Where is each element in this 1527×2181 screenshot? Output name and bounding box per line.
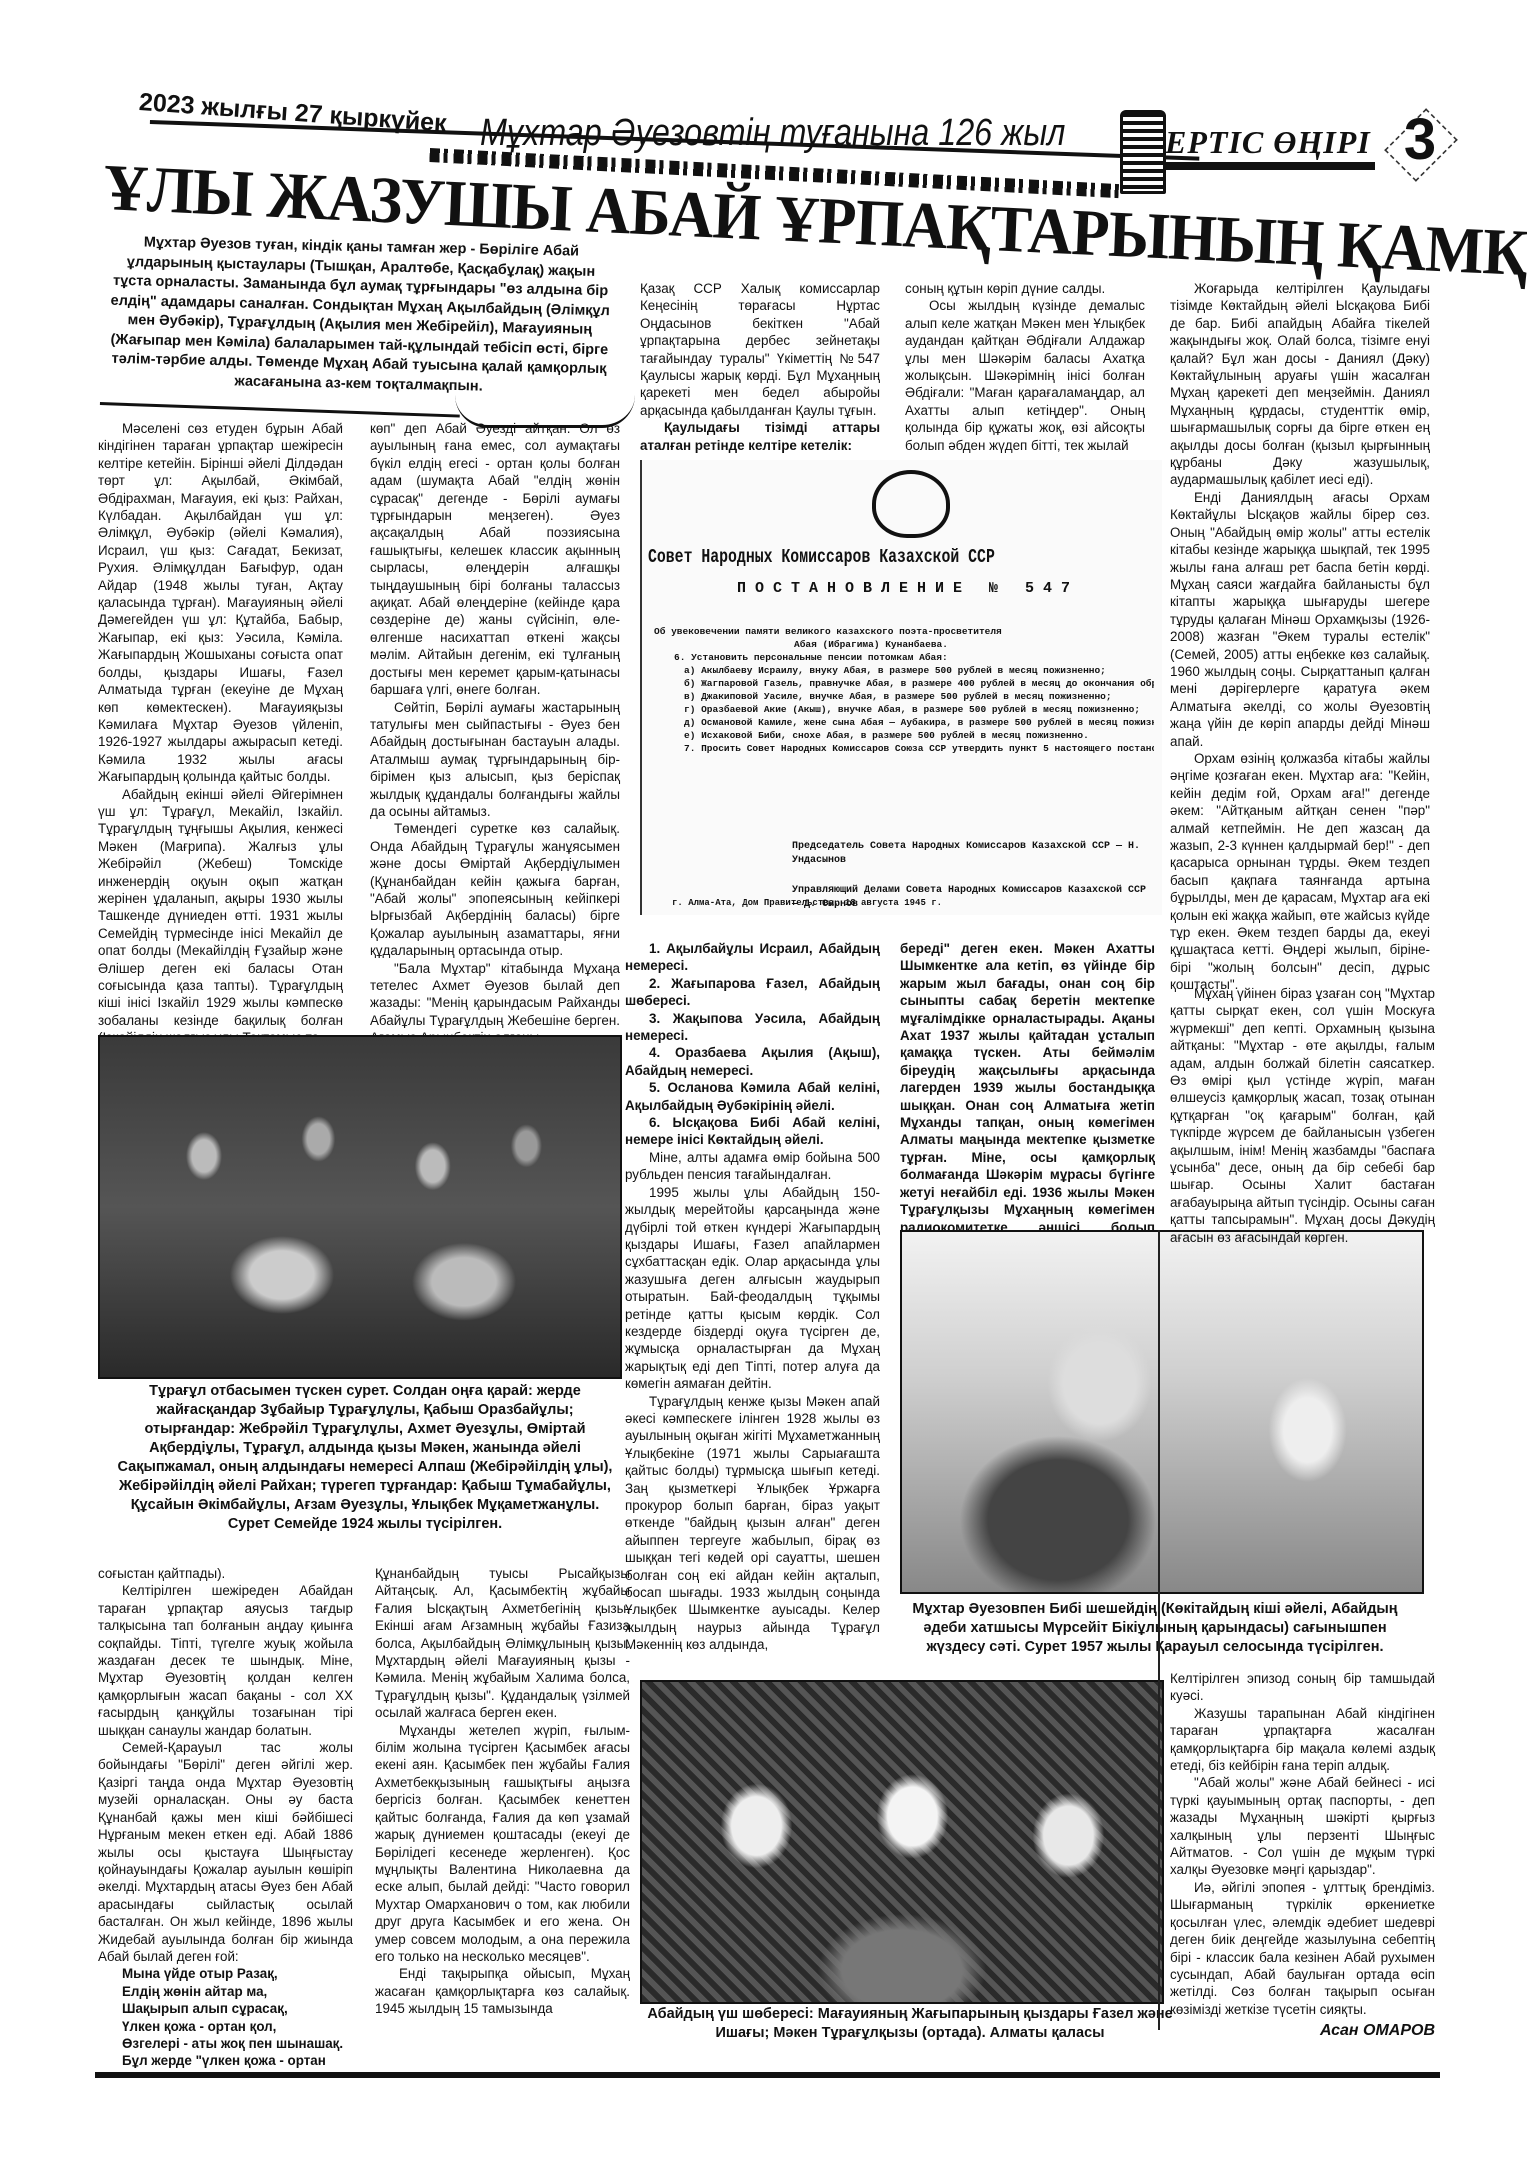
- column-c1: соның құтын көріп дүние салды. Осы жылды…: [905, 280, 1145, 454]
- decree-line: Об увековечении памяти великого казахско…: [654, 625, 1154, 638]
- verse-line: Өзгелері - аты жоқ пен шынашақ.: [98, 2035, 353, 2052]
- column-a4: Құнанбайдың туысы Рысайқызы Айтаңсық. Ал…: [375, 1565, 630, 2018]
- decree-line: Абая (Ибрагима) Кунанбаева.: [654, 638, 1154, 651]
- photo-caption: Тұрағұл отбасымен түскен сурет. Солдан о…: [115, 1382, 615, 1534]
- article-lead: Мұхтар Әуезов туған, кіндік қаны тамған …: [108, 233, 611, 399]
- paragraph: "Бала Мұхтар" кітабында Мұхаңа тетелес А…: [370, 960, 620, 1047]
- list-item: 4. Оразбаева Ақылия (Ақыш), Абайдың неме…: [625, 1044, 880, 1079]
- column-d3: Келтірілген эпизод соның бір тамшыдай ку…: [1170, 1670, 1435, 2040]
- signature-line: Председатель Совета Народных Комиссаров …: [792, 840, 1152, 868]
- photo-caption: Мұхтар Әуезовпен Бибі шешейдің (Көкітайд…: [905, 1600, 1405, 1657]
- decree-title: Совет Народных Комиссаров Казахской ССР: [648, 546, 1046, 568]
- author-signature: Асан ОМАРОВ: [1170, 2022, 1435, 2039]
- column-a2: көп" деп Абай Әуезді айтқан. Ол өз ауылы…: [370, 420, 620, 1047]
- verse-line: Елдің жөнін айтар ма,: [98, 1983, 353, 2000]
- paragraph: Жоғарыда келтірілген Қаулыдағы тізімде К…: [1170, 280, 1430, 489]
- decree-subtitle: ПОСТАНОВЛЕНИЕ № 547: [737, 580, 1079, 597]
- paragraph: Жазушы тарапынан Абай кіндігінен тараған…: [1170, 1705, 1435, 1775]
- list-item: 6. Ысқақова Бибі Абай келіні, немере іні…: [625, 1114, 880, 1149]
- verse-line: Бұл жерде "үлкен қожа - ортан: [98, 2052, 353, 2069]
- decree-line: д) Османовой Камиле, жене сына Абая — Ау…: [654, 716, 1154, 729]
- state-emblem-icon: [872, 470, 950, 538]
- logo-underline: [1165, 162, 1375, 170]
- verse-line: Шақырып алып сұрасақ,: [98, 2000, 353, 2017]
- page-number-badge: 3: [1385, 100, 1455, 190]
- decree-body: Об увековечении памяти великого казахско…: [654, 625, 1154, 755]
- paragraph: Мұхаң үйінен біраз ұзаған соң "Мұхтар қа…: [1170, 985, 1435, 1246]
- decree-line: б) Жагпаровой Газель, правнучке Абая, в …: [654, 677, 1154, 690]
- decree-line: 7. Просить Совет Народных Комиссаров Сою…: [654, 742, 1154, 755]
- photo-family: [98, 1035, 622, 1379]
- list-item: 1. Ақылбайұлы Исраил, Абайдың немересі.: [625, 940, 880, 975]
- column-b2: 1. Ақылбайұлы Исраил, Абайдың немересі. …: [625, 940, 880, 1654]
- decree-line: а) Акылбаеву Исраилу, внуку Абая, в разм…: [654, 664, 1154, 677]
- column-b1: Қазақ ССР Халық комиссарлар Кеңесінің тө…: [640, 280, 880, 454]
- list-item: 2. Жағыпарова Ғазел, Абайдың шөбересі.: [625, 975, 880, 1010]
- newspaper-name: ЕРТІС ӨҢІРІ: [1165, 124, 1371, 161]
- paragraph: Осы жылдың күзінде демалыс алып келе жат…: [905, 297, 1145, 454]
- paragraph: Сөйтіп, Бөрілі аумағы жастарының татулығ…: [370, 699, 620, 821]
- paragraph: Орхам өзінің қолжазба кітабы жайлы әңгім…: [1170, 750, 1430, 994]
- photo-auezov-bibi: [900, 1230, 1424, 1594]
- photo-image: [642, 1682, 1162, 2002]
- paragraph: Құнанбайдың туысы Рысайқызы Айтаңсық. Ал…: [375, 1565, 630, 1722]
- paragraph: Міне, алты адамға өмір бойына 500 рубльд…: [625, 1149, 880, 1184]
- column-divider: [1158, 1230, 1160, 2030]
- anniversary-banner: Мұхтар Әуезовтің туғанына 126 жыл: [480, 112, 1065, 155]
- photo-image: [902, 1232, 1422, 1592]
- column-d1: Жоғарыда келтірілген Қаулыдағы тізімде К…: [1170, 280, 1430, 994]
- photo-caption: Абайдың үш шөбересі: Мағауияның Жағыпары…: [645, 2005, 1175, 2043]
- paragraph: соның құтын көріп дүние салды.: [905, 280, 1145, 297]
- paragraph: Енді тақырыпқа ойысып, Мұхаң жасаған қам…: [375, 1965, 630, 2017]
- paragraph: 1995 жылы ұлы Абайдың 150-жылдық мерейто…: [625, 1184, 880, 1393]
- decree-line: е) Исхаковой Биби, снохе Абая, в размере…: [654, 729, 1154, 742]
- paragraph: "Абай жолы" және Абай бейнесі - исі түрк…: [1170, 1774, 1435, 1878]
- paragraph: көп" деп Абай Әуезді айтқан. Ол өз ауылы…: [370, 420, 620, 699]
- verse-line: Үлкен қожа - ортан қол,: [98, 2018, 353, 2035]
- logo-mark-icon: [1120, 110, 1166, 194]
- paragraph: Мұханды жетелеп жүріп, ғылым-білім жолын…: [375, 1722, 630, 1966]
- paragraph: Қаулыдағы тізімді аттары аталған ретінде…: [640, 419, 880, 454]
- paragraph: береді" деген екен. Мәкен Ахатты Шымкент…: [900, 940, 1155, 1253]
- decree-line: в) Джакиповой Уасиле, внучке Абая, в раз…: [654, 690, 1154, 703]
- decree-line: 6. Установить персональные пенсии потомк…: [654, 651, 1154, 664]
- lead-divider: [100, 402, 460, 418]
- paragraph: Келтірілген эпизод соның бір тамшыдай ку…: [1170, 1670, 1435, 1705]
- page-bottom-rule: [95, 2072, 1440, 2078]
- list-item: 3. Жақыпова Уәсила, Абайдың немересі.: [625, 1010, 880, 1045]
- paragraph: Мәселені сөз етуден бұрын Абай кіндігіне…: [98, 420, 343, 786]
- paragraph: Абайдың екінші әйелі Әйгерімнен үш ұл: Т…: [98, 786, 343, 1047]
- photo-three-women: [640, 1680, 1164, 2004]
- column-a1: Мәселені сөз етуден бұрын Абай кіндігіне…: [98, 420, 343, 1047]
- paragraph: Тұрағұлдың кенже қызы Мәкен апай әкесі к…: [625, 1393, 880, 1654]
- paragraph: Енді Даниялдың ағасы Орхам Көктайұлы Ысқ…: [1170, 489, 1430, 750]
- paragraph: Семей-Қарауыл тас жолы бойындағы "Бөрілі…: [98, 1739, 353, 1965]
- decree-line: г) Оразбаевой Акие (Акыш), внучке Абая, …: [654, 703, 1154, 716]
- newspaper-logo: ЕРТІС ӨҢІРІ: [1120, 110, 1380, 180]
- column-d2: Мұхаң үйінен біраз ұзаған соң "Мұхтар қа…: [1170, 985, 1435, 1246]
- archival-decree-image: Совет Народных Комиссаров Казахской ССР …: [640, 460, 1162, 915]
- paragraph: Иә, әйгілі эпопея - ұлттық брендіміз. Шы…: [1170, 1879, 1435, 2018]
- photo-image: [100, 1037, 620, 1377]
- paragraph: Қазақ ССР Халық комиссарлар Кеңесінің тө…: [640, 280, 880, 419]
- list-item: 5. Осланова Кәмила Абай келіні, Ақылбайд…: [625, 1079, 880, 1114]
- paragraph: соғыстан қайтпады).: [98, 1565, 353, 1582]
- page-number: 3: [1385, 106, 1455, 173]
- decree-place-date: г. Алма-Ата, Дом Правительства, 18 авгус…: [672, 898, 942, 908]
- paragraph: Төмендегі суретке көз салайық. Онда Абай…: [370, 820, 620, 959]
- paragraph: Келтірілген шежіреден Абайдан тараған ұр…: [98, 1582, 353, 1739]
- column-a3: соғыстан қайтпады). Келтірілген шежіреде…: [98, 1565, 353, 2070]
- column-c2: береді" деген екен. Мәкен Ахатты Шымкент…: [900, 940, 1155, 1253]
- verse-line: Мына үйде отыр Разақ,: [98, 1965, 353, 1982]
